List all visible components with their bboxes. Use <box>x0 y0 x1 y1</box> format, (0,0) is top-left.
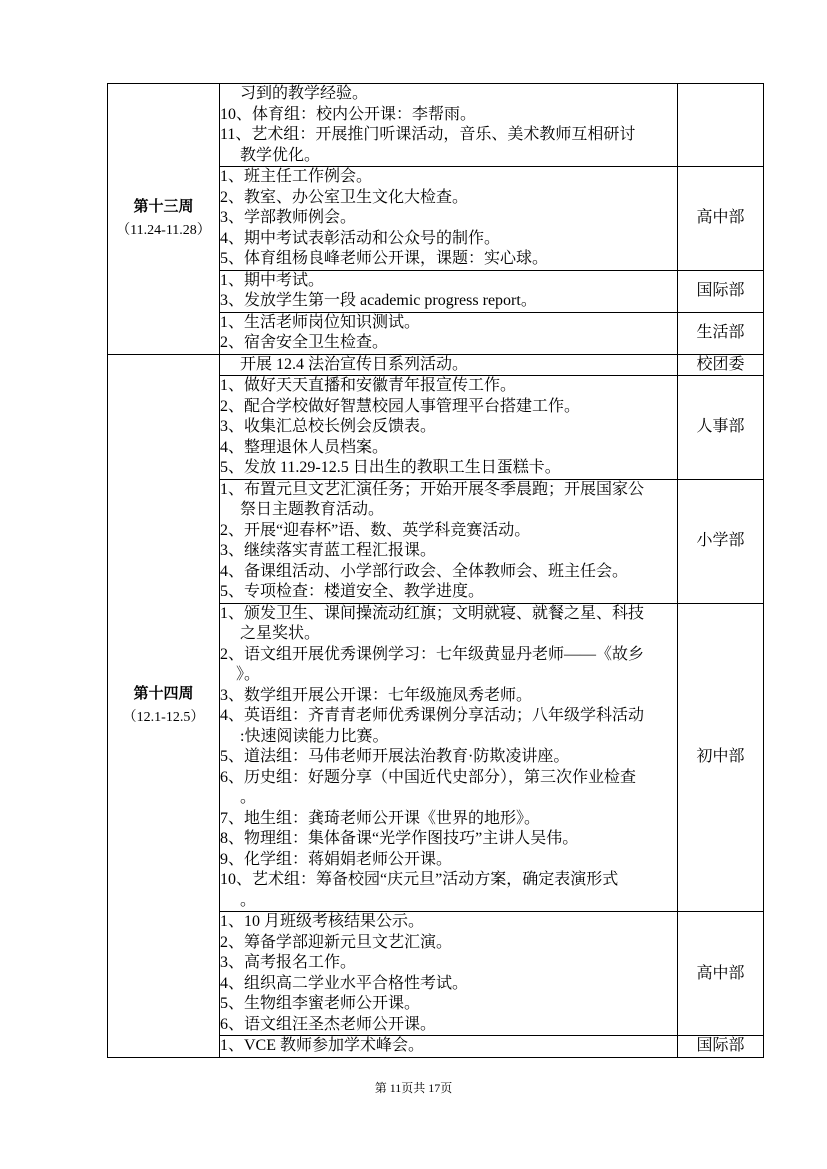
task-line: 2、配合学校做好智慧校园人事管理平台搭建工作。 <box>220 397 677 418</box>
task-line: 1、做好天天直播和安徽青年报宣传工作。 <box>220 376 677 397</box>
task-line: 3、继续落实青蓝工程汇报课。 <box>220 541 677 562</box>
task-line: 教学优化。 <box>220 146 677 167</box>
week-label: 第十三周 <box>108 197 219 217</box>
task-line: 》。 <box>220 665 677 686</box>
task-line: 1、颁发卫生、课间操流动红旗；文明就寝、就餐之星、科技 <box>220 604 677 625</box>
task-cell: 1、期中考试。3、发放学生第一段 academic progress repor… <box>220 270 678 312</box>
department-cell <box>678 84 764 167</box>
task-line: 2、教室、办公室卫生文化大检查。 <box>220 188 677 209</box>
task-line: 习到的教学经验。 <box>220 84 677 105</box>
department-cell: 人事部 <box>678 376 764 480</box>
task-line: 9、化学组：蒋娟娟老师公开课。 <box>220 850 677 871</box>
task-line: 3、数学组开展公开课：七年级施凤秀老师。 <box>220 686 677 707</box>
task-line: 5、生物组李蜜老师公开课。 <box>220 994 677 1015</box>
task-line: 4、期中考试表彰活动和公众号的制作。 <box>220 229 677 250</box>
schedule-row: 第十三周（11.24-11.28） 习到的教学经验。10、体育组：校内公开课：李… <box>108 84 764 167</box>
week-cell: 第十三周（11.24-11.28） <box>108 84 220 355</box>
task-line: 10、体育组：校内公开课：李帮雨。 <box>220 105 677 126</box>
task-line: 5、体育组杨良峰老师公开课，课题：实心球。 <box>220 249 677 270</box>
weekly-schedule-table: 第十三周（11.24-11.28） 习到的教学经验。10、体育组：校内公开课：李… <box>107 83 764 1058</box>
task-line: 3、学部教师例会。 <box>220 208 677 229</box>
task-line: 6、语文组汪圣杰老师公开课。 <box>220 1015 677 1036</box>
department-cell: 国际部 <box>678 1036 764 1058</box>
task-line: 1、VCE 教师参加学术峰会。 <box>220 1036 677 1057</box>
task-line: :快速阅读能力比赛。 <box>220 727 677 748</box>
task-line: 开展 12.4 法治宣传日系列活动。 <box>220 355 677 376</box>
schedule-row: 第十四周（12.1-12.5） 开展 12.4 法治宣传日系列活动。校团委 <box>108 354 764 376</box>
task-line: 3、发放学生第一段 academic progress report。 <box>220 291 677 312</box>
task-line: 2、筹备学部迎新元旦文艺汇演。 <box>220 933 677 954</box>
week-cell: 第十四周（12.1-12.5） <box>108 354 220 1057</box>
task-line: 4、备课组活动、小学部行政会、全体教师会、班主任会。 <box>220 562 677 583</box>
department-cell: 生活部 <box>678 312 764 354</box>
task-line: 8、物理组：集体备课“光学作图技巧”主讲人吴伟。 <box>220 829 677 850</box>
task-line: 1、布置元旦文艺汇演任务；开始开展冬季晨跑；开展国家公 <box>220 480 677 501</box>
task-line: 。 <box>220 788 677 809</box>
task-cell: 1、做好天天直播和安徽青年报宣传工作。2、配合学校做好智慧校园人事管理平台搭建工… <box>220 376 678 480</box>
task-cell: 1、颁发卫生、课间操流动红旗；文明就寝、就餐之星、科技 之星奖状。2、语文组开展… <box>220 603 678 912</box>
task-line: 1、10 月班级考核结果公示。 <box>220 912 677 933</box>
task-line: 10、艺术组：筹备校园“庆元旦”活动方案，确定表演形式 <box>220 870 677 891</box>
department-cell: 高中部 <box>678 912 764 1036</box>
task-line: 5、道法组：马伟老师开展法治教育·防欺凌讲座。 <box>220 747 677 768</box>
task-cell: 1、VCE 教师参加学术峰会。 <box>220 1036 678 1058</box>
week-date-range: （12.1-12.5） <box>108 709 219 727</box>
page-number-footer: 第 11页共 17页 <box>0 1081 827 1095</box>
task-cell: 习到的教学经验。10、体育组：校内公开课：李帮雨。11、艺术组：开展推门听课活动… <box>220 84 678 167</box>
task-cell: 1、班主任工作例会。2、教室、办公室卫生文化大检查。3、学部教师例会。4、期中考… <box>220 167 678 271</box>
task-line: 1、期中考试。 <box>220 271 677 292</box>
task-line: 3、收集汇总校长例会反馈表。 <box>220 417 677 438</box>
task-line: 2、开展“迎春杯”语、数、英学科竞赛活动。 <box>220 521 677 542</box>
task-cell: 1、10 月班级考核结果公示。2、筹备学部迎新元旦文艺汇演。3、高考报名工作。4… <box>220 912 678 1036</box>
task-line: 祭日主题教育活动。 <box>220 500 677 521</box>
task-line: 11、艺术组：开展推门听课活动，音乐、美术教师互相研讨 <box>220 125 677 146</box>
department-cell: 国际部 <box>678 270 764 312</box>
task-line: 。 <box>220 891 677 912</box>
task-line: 1、班主任工作例会。 <box>220 167 677 188</box>
task-line: 2、语文组开展优秀课例学习：七年级黄显丹老师——《故乡 <box>220 645 677 666</box>
task-line: 4、英语组：齐青青老师优秀课例分享活动；八年级学科活动 <box>220 706 677 727</box>
week-label: 第十四周 <box>108 684 219 704</box>
department-cell: 校团委 <box>678 354 764 376</box>
task-line: 3、高考报名工作。 <box>220 953 677 974</box>
task-line: 2、宿舍安全卫生检查。 <box>220 333 677 354</box>
task-line: 之星奖状。 <box>220 624 677 645</box>
task-line: 6、历史组：好题分享（中国近代史部分），第三次作业检查 <box>220 768 677 789</box>
department-cell: 小学部 <box>678 479 764 603</box>
task-cell: 1、布置元旦文艺汇演任务；开始开展冬季晨跑；开展国家公 祭日主题教育活动。2、开… <box>220 479 678 603</box>
task-line: 5、发放 11.29-12.5 日出生的教职工生日蛋糕卡。 <box>220 458 677 479</box>
schedule-table-body: 第十三周（11.24-11.28） 习到的教学经验。10、体育组：校内公开课：李… <box>108 84 764 1058</box>
task-line: 1、生活老师岗位知识测试。 <box>220 313 677 334</box>
task-line: 7、地生组：龚琦老师公开课《世界的地形》。 <box>220 809 677 830</box>
task-line: 4、组织高二学业水平合格性考试。 <box>220 974 677 995</box>
department-cell: 高中部 <box>678 167 764 271</box>
task-cell: 1、生活老师岗位知识测试。2、宿舍安全卫生检查。 <box>220 312 678 354</box>
task-line: 5、专项检查：楼道安全、教学进度。 <box>220 582 677 603</box>
task-line: 4、整理退休人员档案。 <box>220 438 677 459</box>
task-cell: 开展 12.4 法治宣传日系列活动。 <box>220 354 678 376</box>
department-cell: 初中部 <box>678 603 764 912</box>
week-date-range: （11.24-11.28） <box>108 222 219 240</box>
